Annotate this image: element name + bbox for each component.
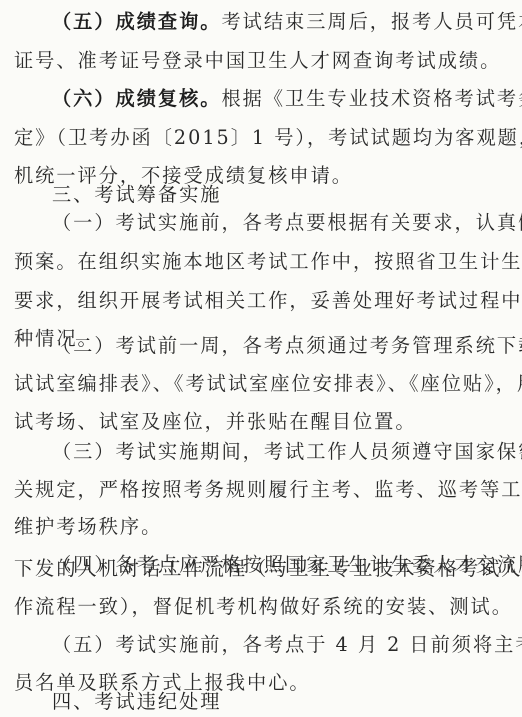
score-review-label: （六）成绩复核。: [52, 87, 222, 110]
paragraph-prep-4-line-3: 作流程一致），督促机考机构做好系统的安装、测试。: [14, 595, 512, 619]
document-page: （五）成绩查询。考试结束三周后，报考人员可凭本人身份 证号、准考证号登录中国卫生…: [0, 0, 522, 717]
paragraph-prep-1-line-2: 预案。在组织实施本地区考试工作中，按照省卫生计生委的有关: [14, 250, 512, 274]
section-heading-exam-preparation: 三、考试筹备实施: [52, 183, 512, 207]
paragraph-prep-1-line-1: （一）考试实施前，各考点要根据有关要求，认真做好应急: [52, 211, 512, 235]
score-query-label: （五）成绩查询。: [52, 10, 222, 33]
paragraph-prep-2-line-2: 试试室编排表》、《考试试室座位安排表》、《座位贴》，用于标识考: [14, 372, 512, 396]
paragraph-prep-3-line-3: 维护考场秩序。: [14, 515, 512, 539]
paragraph-prep-1-line-3: 要求，组织开展考试相关工作，妥善处理好考试过程中发生的各: [14, 289, 512, 313]
paragraph-prep-4-line-2: 下发的人机对话工作流程（与卫生专业技术资格考试人机对话工: [14, 557, 512, 581]
paragraph-prep-2-line-3: 试考场、试室及座位，并张贴在醒目位置。: [14, 410, 512, 434]
paragraph-score-query-line-2: 证号、准考证号登录中国卫生人才网查询考试成绩。: [14, 49, 512, 73]
paragraph-prep-3-line-1: （三）考试实施期间，考试工作人员须遵守国家保密法的有: [52, 440, 512, 464]
paragraph-prep-5-line-1: （五）考试实施前，各考点于 4 月 2 日前须将主考和值班人: [52, 633, 512, 657]
paragraph-score-query-line-1: （五）成绩查询。考试结束三周后，报考人员可凭本人身份: [52, 10, 512, 34]
paragraph-score-review-line-2: 定》（卫考办函〔2015〕1 号），考试试题均为客观题，采用计算: [14, 126, 512, 150]
section-heading-violations: 四、考试违纪处理: [52, 690, 512, 714]
paragraph-prep-3-line-2: 关规定，严格按照考务规则履行主考、监考、巡考等工作职责，: [14, 478, 512, 502]
paragraph-score-review-line-1: （六）成绩复核。根据《卫生专业技术资格考试考务管理规: [52, 87, 512, 111]
paragraph-prep-2-line-1: （二）考试前一周，各考点须通过考务管理系统下载打印《考: [52, 334, 512, 358]
